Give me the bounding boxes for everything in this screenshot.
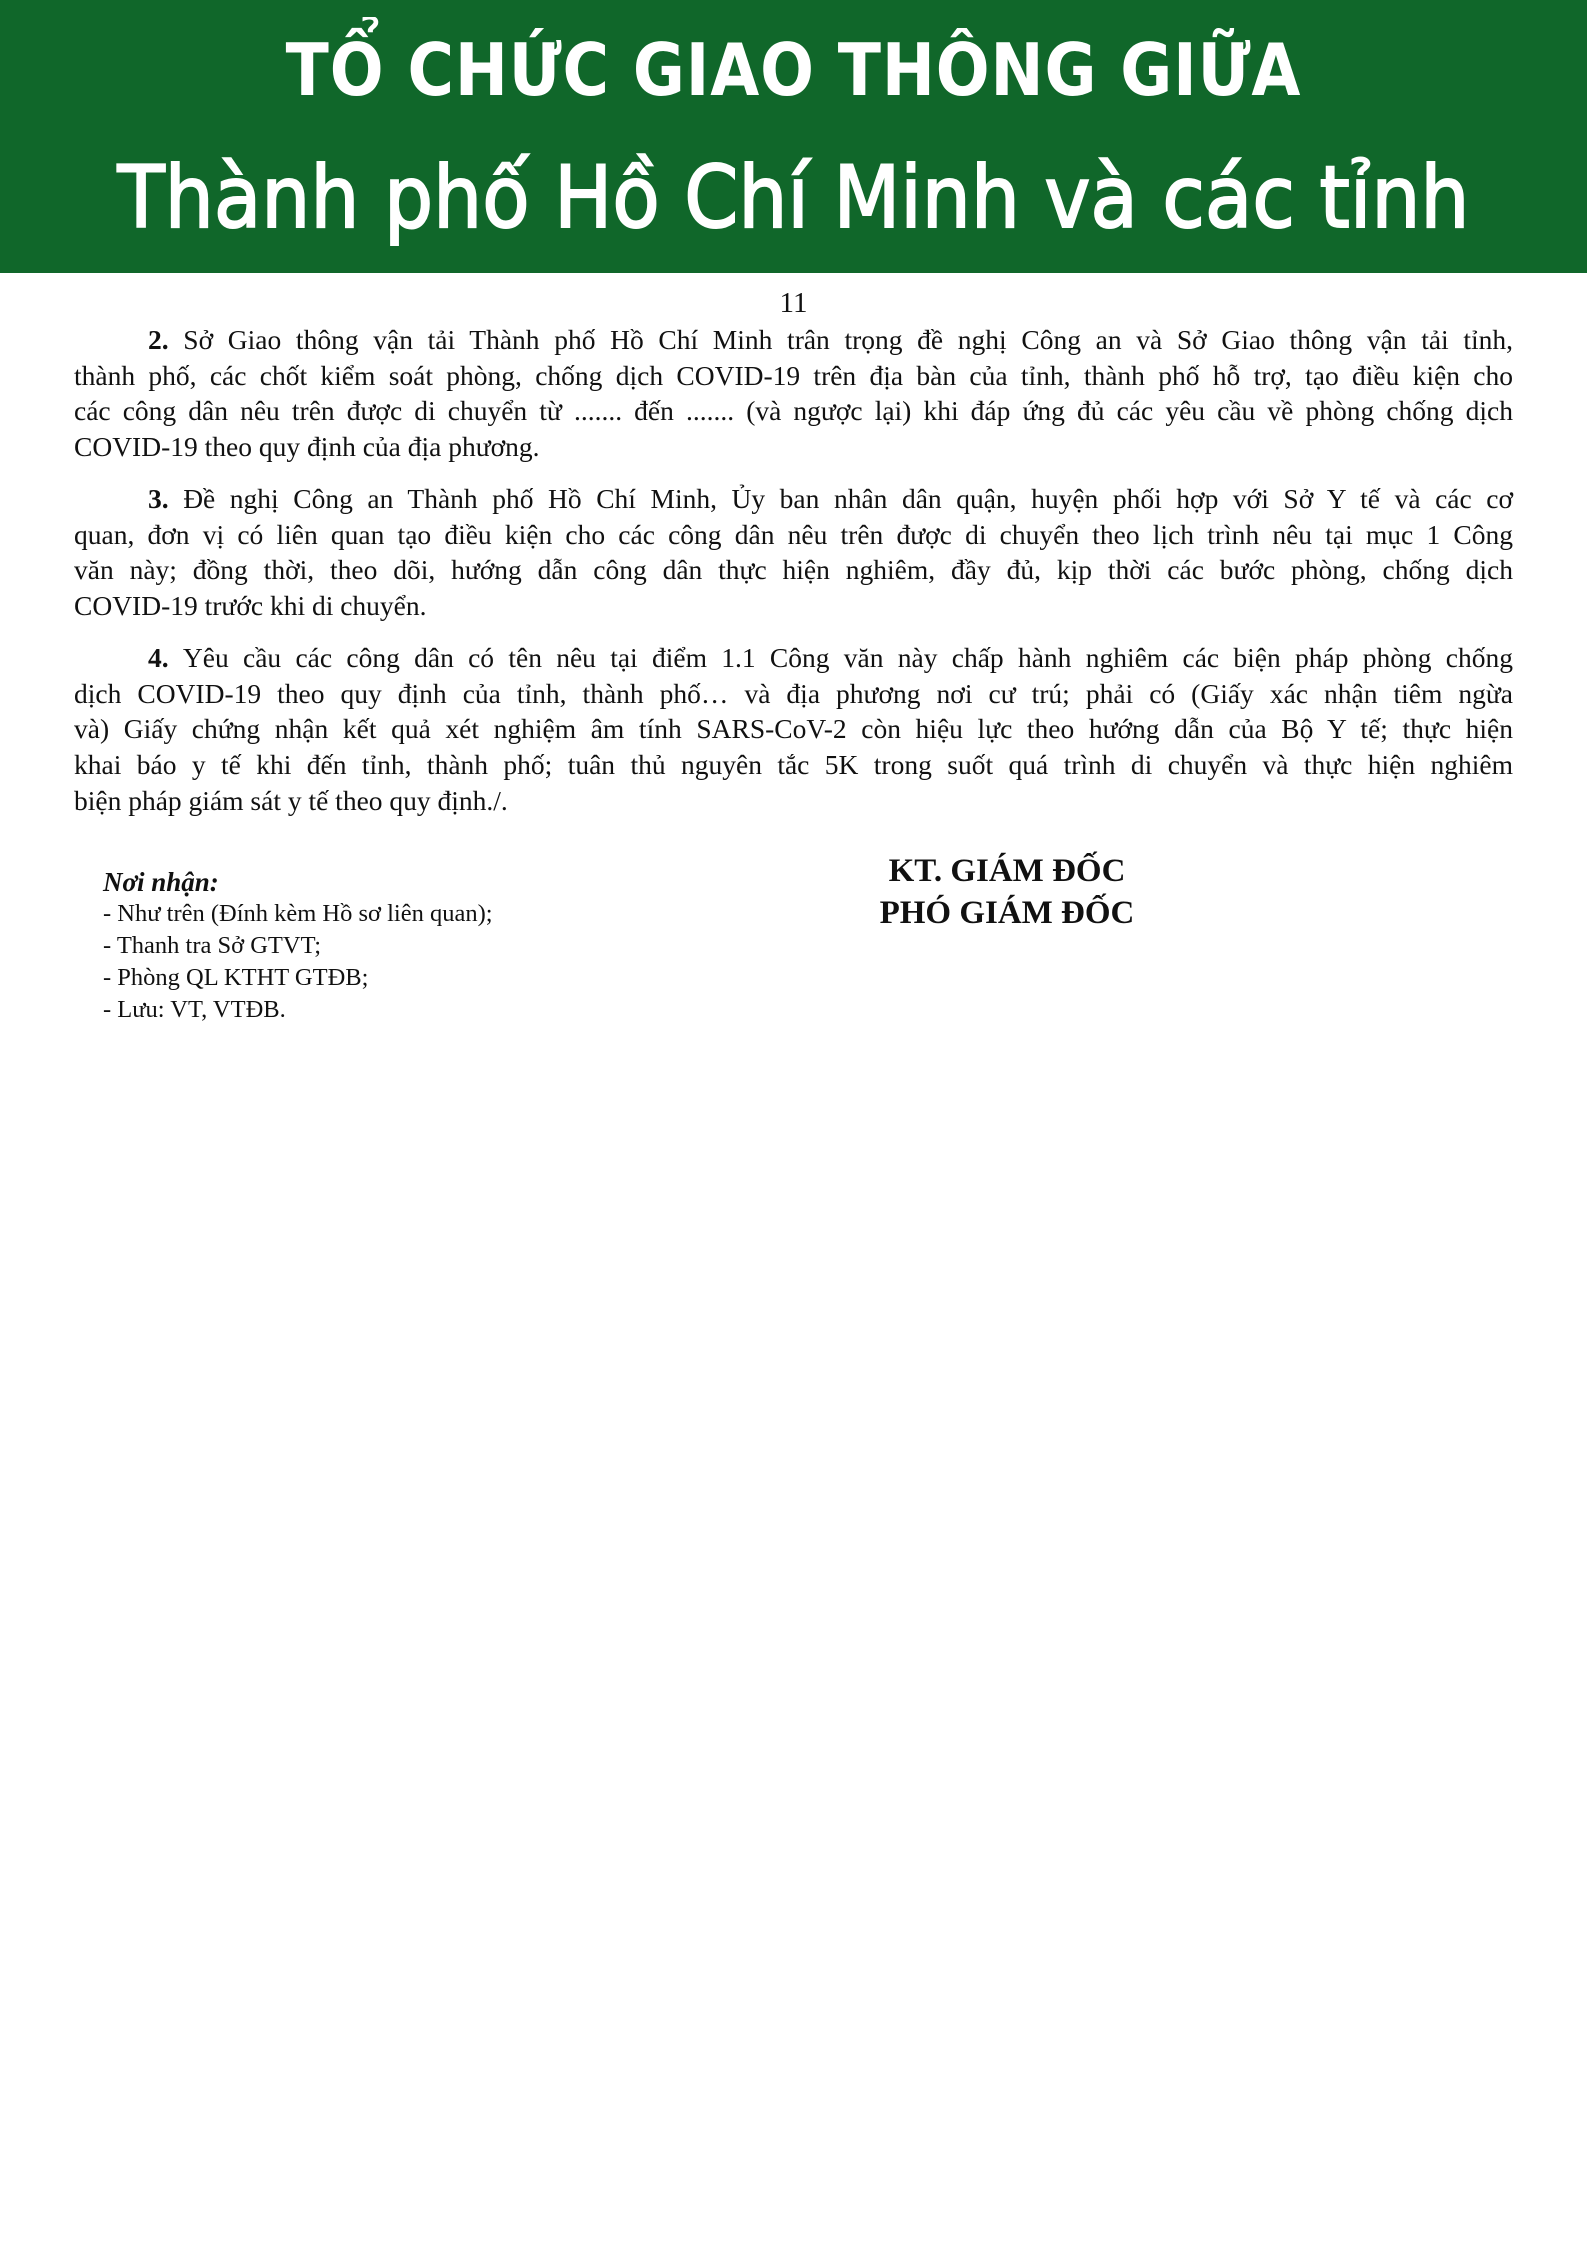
paragraph-line: COVID-19 theo quy định của địa phương. <box>74 429 1513 465</box>
signature-subtitle: PHÓ GIÁM ĐỐC <box>800 892 1214 934</box>
banner-title-line-2: Thành phố Hồ Chí Minh và các tỉnh <box>79 148 1507 248</box>
recipient-item: - Phòng QL KTHT GTĐB; <box>103 962 493 994</box>
paragraph-3: 3. Đề nghị Công an Thành phố Hồ Chí Minh… <box>74 481 1513 624</box>
paragraph-line: khai báo y tế khi đến tỉnh, thành phố; t… <box>74 747 1513 783</box>
header-banner: TỔ CHỨC GIAO THÔNG GIỮA Thành phố Hồ Chí… <box>0 0 1587 273</box>
paragraph-line: 3. Đề nghị Công an Thành phố Hồ Chí Minh… <box>74 481 1513 517</box>
signature-block: KT. GIÁM ĐỐC PHÓ GIÁM ĐỐC <box>800 850 1214 934</box>
paragraph-line: 4. Yêu cầu các công dân có tên nêu tại đ… <box>74 640 1513 676</box>
recipient-item: - Lưu: VT, VTĐB. <box>103 994 493 1026</box>
recipients-title: Nơi nhận: <box>103 866 493 898</box>
paragraph-line: 2. Sở Giao thông vận tải Thành phố Hồ Ch… <box>74 322 1513 358</box>
paragraph-2: 2. Sở Giao thông vận tải Thành phố Hồ Ch… <box>74 322 1513 465</box>
page-number: 11 <box>0 285 1587 321</box>
paragraph-line: dịch COVID-19 theo quy định của tỉnh, th… <box>74 676 1513 712</box>
paragraph-number: 4. <box>148 642 169 673</box>
recipient-item: - Như trên (Đính kèm Hồ sơ liên quan); <box>103 898 493 930</box>
paragraph-line: văn này; đồng thời, theo dõi, hướng dẫn … <box>74 552 1513 588</box>
paragraph-4: 4. Yêu cầu các công dân có tên nêu tại đ… <box>74 640 1513 818</box>
recipients-block: Nơi nhận: - Như trên (Đính kèm Hồ sơ liê… <box>103 866 493 1026</box>
paragraph-line: COVID-19 trước khi di chuyển. <box>74 588 1513 624</box>
paragraph-line: các công dân nêu trên được di chuyển từ … <box>74 393 1513 429</box>
paragraph-line: biện pháp giám sát y tế theo quy định./. <box>74 783 1513 819</box>
paragraph-number: 2. <box>148 324 169 355</box>
paragraph-line: quan, đơn vị có liên quan tạo điều kiện … <box>74 517 1513 553</box>
banner-title-line-1: TỔ CHỨC GIAO THÔNG GIỮA <box>95 28 1492 112</box>
paragraph-line: thành phố, các chốt kiểm soát phòng, chố… <box>74 358 1513 394</box>
signature-title: KT. GIÁM ĐỐC <box>800 850 1214 892</box>
paragraph-number: 3. <box>148 483 169 514</box>
paragraph-line: và) Giấy chứng nhận kết quả xét nghiệm â… <box>74 711 1513 747</box>
recipient-item: - Thanh tra Sở GTVT; <box>103 930 493 962</box>
